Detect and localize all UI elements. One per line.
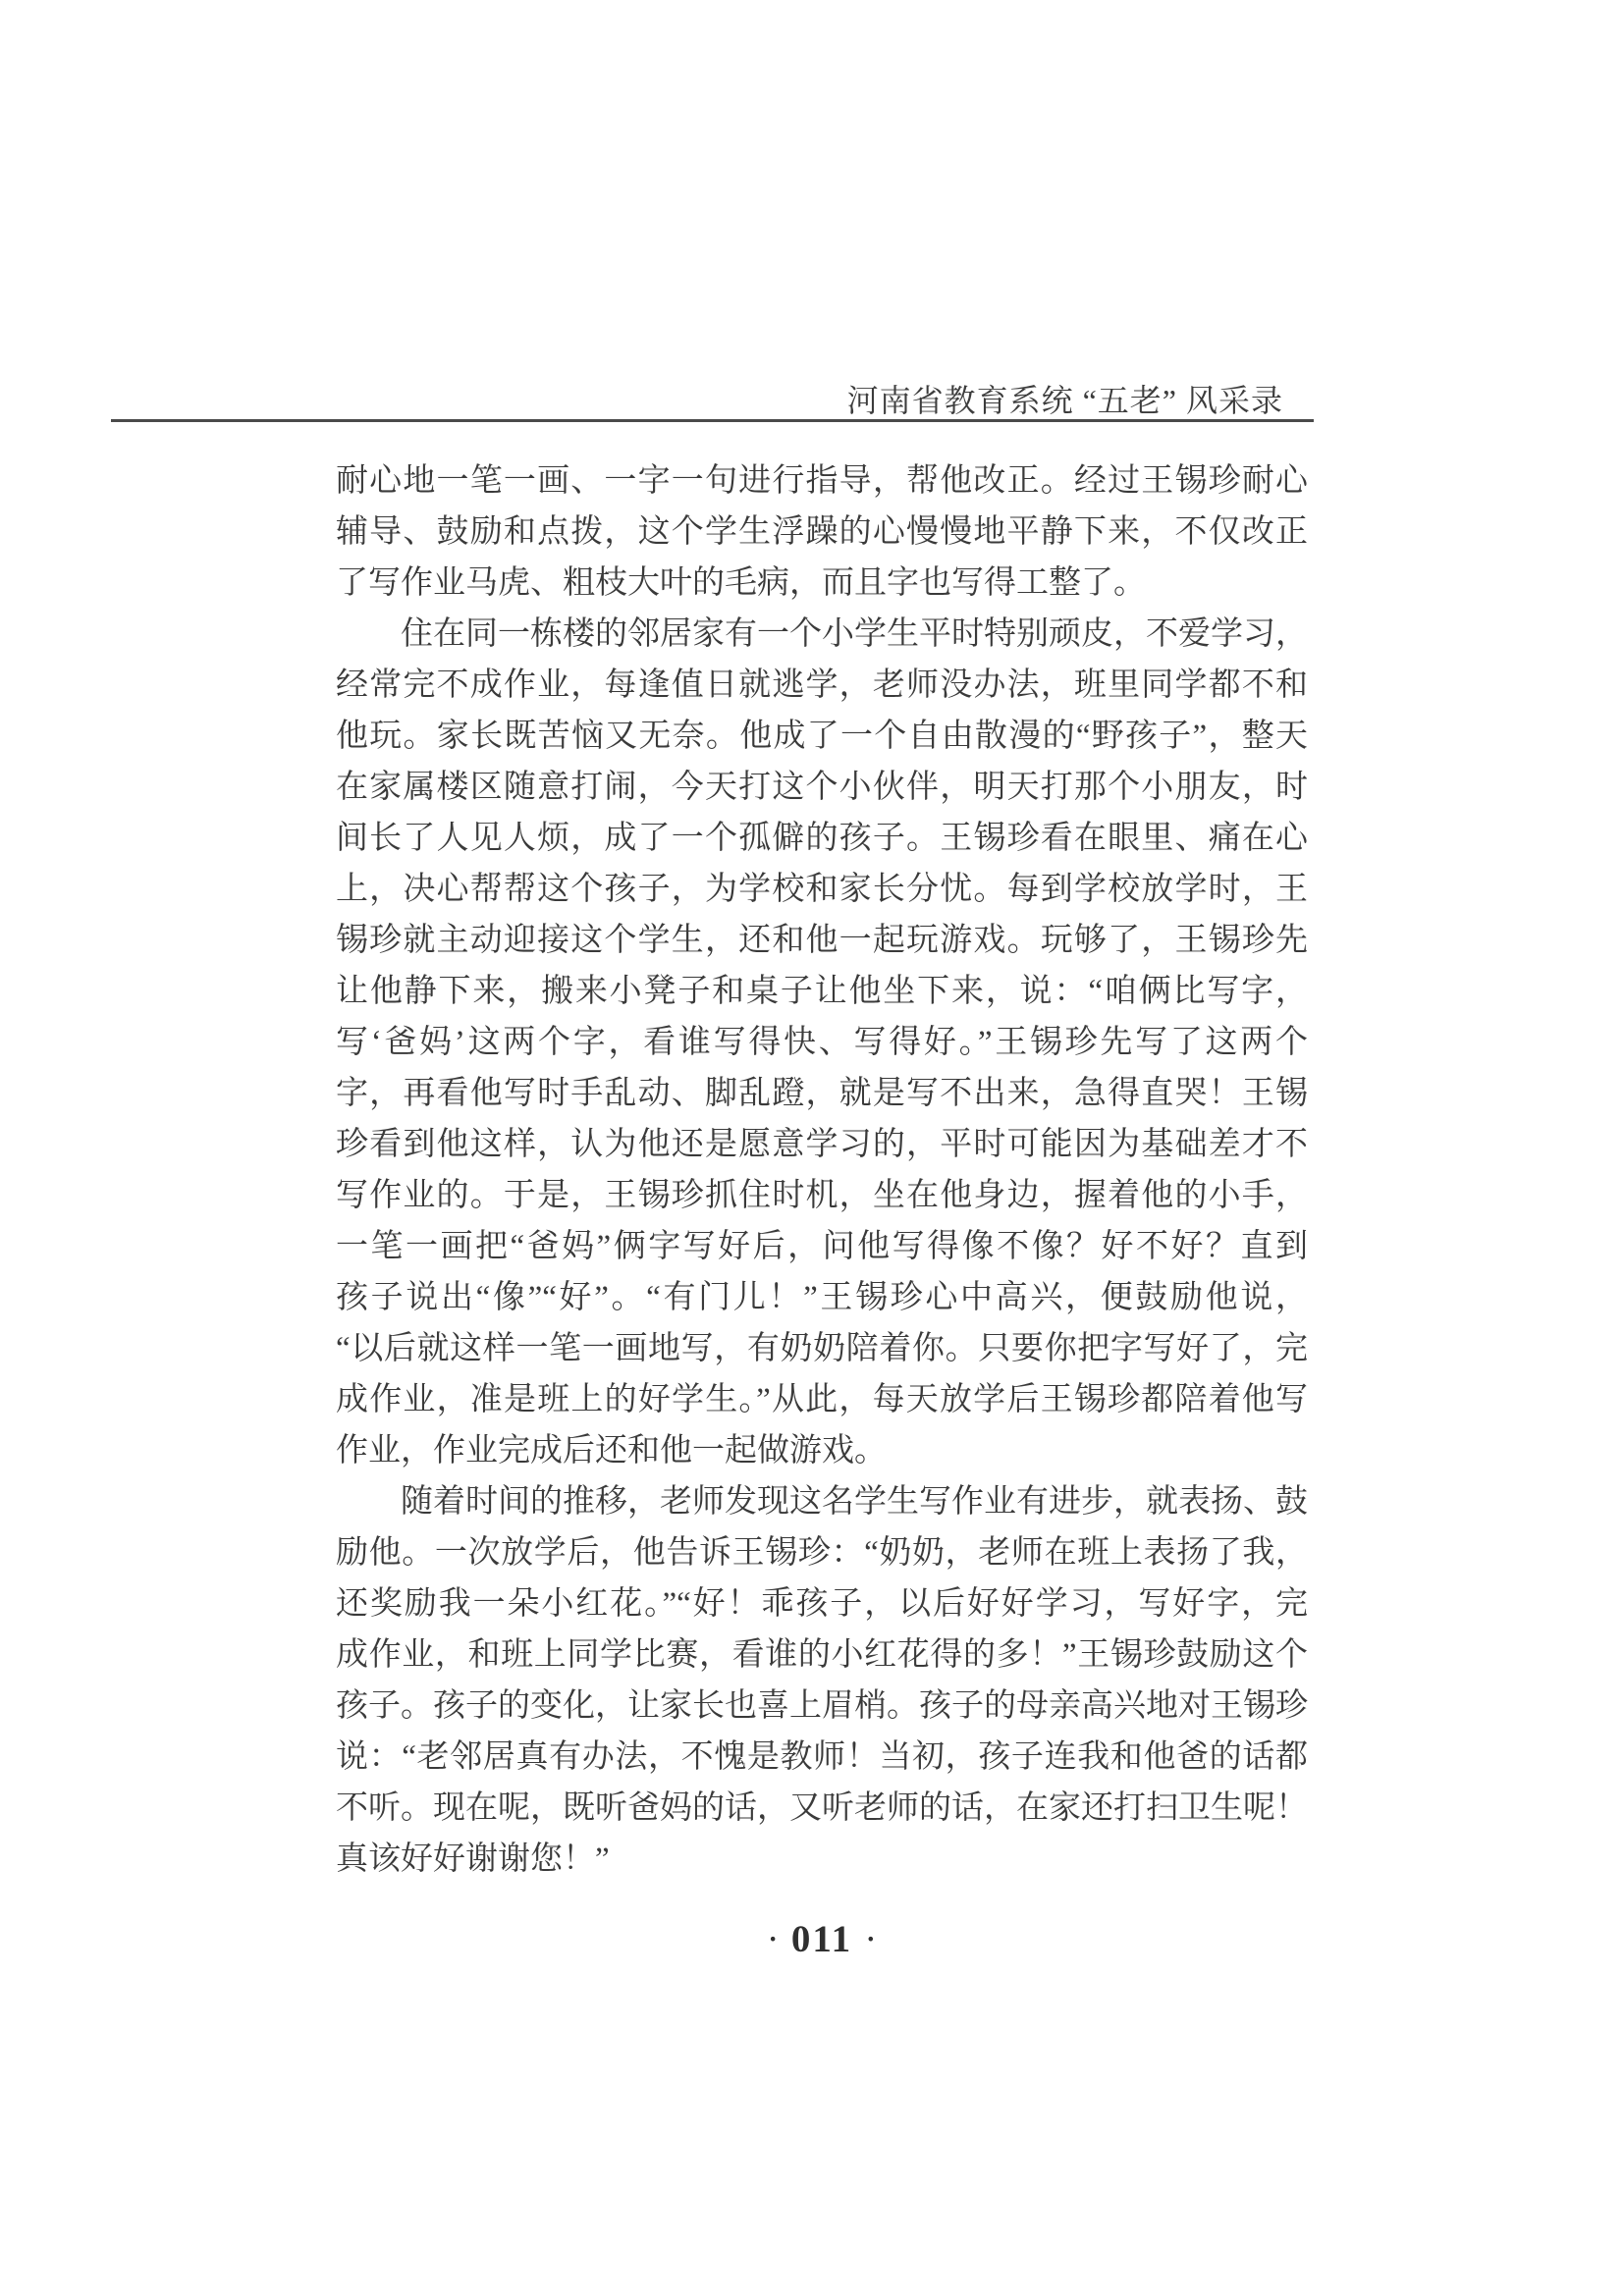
text-line: 了写作业马虎、粗枝大叶的毛病，而且字也写得工整了。	[336, 558, 1308, 609]
text-line: 字，再看他写时手乱动、脚乱蹬，就是写不出来，急得直哭！王锡	[336, 1068, 1308, 1119]
text-line: 真该好好谢谢您！”	[336, 1834, 1308, 1885]
text-line: 作业，作业完成后还和他一起做游戏。	[336, 1425, 1308, 1476]
text-line: 写作业的。于是，王锡珍抓住时机，坐在他身边，握着他的小手，	[336, 1170, 1308, 1221]
text-line: 一笔一画把“爸妈”俩字写好后，问他写得像不像？好不好？直到	[336, 1221, 1308, 1272]
text-line: 锡珍就主动迎接这个学生，还和他一起玩游戏。玩够了，王锡珍先	[336, 915, 1308, 966]
text-line: “以后就这样一笔一画地写，有奶奶陪着你。只要你把字写好了，完	[336, 1323, 1308, 1374]
page-number-dot-left: ·	[768, 1924, 777, 1954]
book-page: 河南省教育系统 “五老” 风采录 耐心地一笔一画、一字一句进行指导，帮他改正。经…	[0, 0, 1623, 2296]
text-line: 耐心地一笔一画、一字一句进行指导，帮他改正。经过王锡珍耐心	[336, 455, 1308, 507]
page-header-title: 河南省教育系统 “五老” 风采录	[0, 383, 1283, 418]
text-line: 随着时间的推移，老师发现这名学生写作业有进步，就表扬、鼓	[336, 1476, 1308, 1527]
page-number: ·011·	[336, 1914, 1308, 1965]
page-number-dot-right: ·	[866, 1924, 875, 1954]
text-line: 还奖励我一朵小红花。”“好！乖孩子，以后好好学习，写好字，完	[336, 1578, 1308, 1629]
text-line: 辅导、鼓励和点拨，这个学生浮躁的心慢慢地平静下来，不仅改正	[336, 507, 1308, 558]
body-text: 耐心地一笔一画、一字一句进行指导，帮他改正。经过王锡珍耐心辅导、鼓励和点拨，这个…	[336, 455, 1308, 1885]
text-line: 上，决心帮帮这个孩子，为学校和家长分忧。每到学校放学时，王	[336, 864, 1308, 915]
text-line: 写‘爸妈’这两个字，看谁写得快、写得好。”王锡珍先写了这两个	[336, 1017, 1308, 1068]
text-line: 不听。现在呢，既听爸妈的话，又听老师的话，在家还打扫卫生呢！	[336, 1783, 1308, 1834]
text-line: 珍看到他这样，认为他还是愿意学习的，平时可能因为基础差才不	[336, 1119, 1308, 1170]
text-line: 经常完不成作业，每逢值日就逃学，老师没办法，班里同学都不和	[336, 660, 1308, 711]
text-line: 说：“老邻居真有办法，不愧是教师！当初，孩子连我和他爸的话都	[336, 1732, 1308, 1783]
text-line: 成作业，和班上同学比赛，看谁的小红花得的多！”王锡珍鼓励这个	[336, 1629, 1308, 1681]
text-line: 孩子。孩子的变化，让家长也喜上眉梢。孩子的母亲高兴地对王锡珍	[336, 1681, 1308, 1732]
text-line: 住在同一栋楼的邻居家有一个小学生平时特别顽皮，不爱学习，	[336, 609, 1308, 660]
text-line: 让他静下来，搬来小凳子和桌子让他坐下来，说：“咱俩比写字，	[336, 966, 1308, 1017]
text-line: 间长了人见人烦，成了一个孤僻的孩子。王锡珍看在眼里、痛在心	[336, 813, 1308, 864]
page-number-value: 011	[791, 1918, 852, 1960]
text-line: 励他。一次放学后，他告诉王锡珍：“奶奶，老师在班上表扬了我，	[336, 1527, 1308, 1578]
header-rule	[111, 419, 1314, 422]
text-line: 他玩。家长既苦恼又无奈。他成了一个自由散漫的“野孩子”，整天	[336, 711, 1308, 762]
text-line: 孩子说出“像”“好”。“有门儿！”王锡珍心中高兴，便鼓励他说，	[336, 1272, 1308, 1323]
text-line: 在家属楼区随意打闹，今天打这个小伙伴，明天打那个小朋友，时	[336, 762, 1308, 813]
text-line: 成作业，准是班上的好学生。”从此，每天放学后王锡珍都陪着他写	[336, 1374, 1308, 1425]
